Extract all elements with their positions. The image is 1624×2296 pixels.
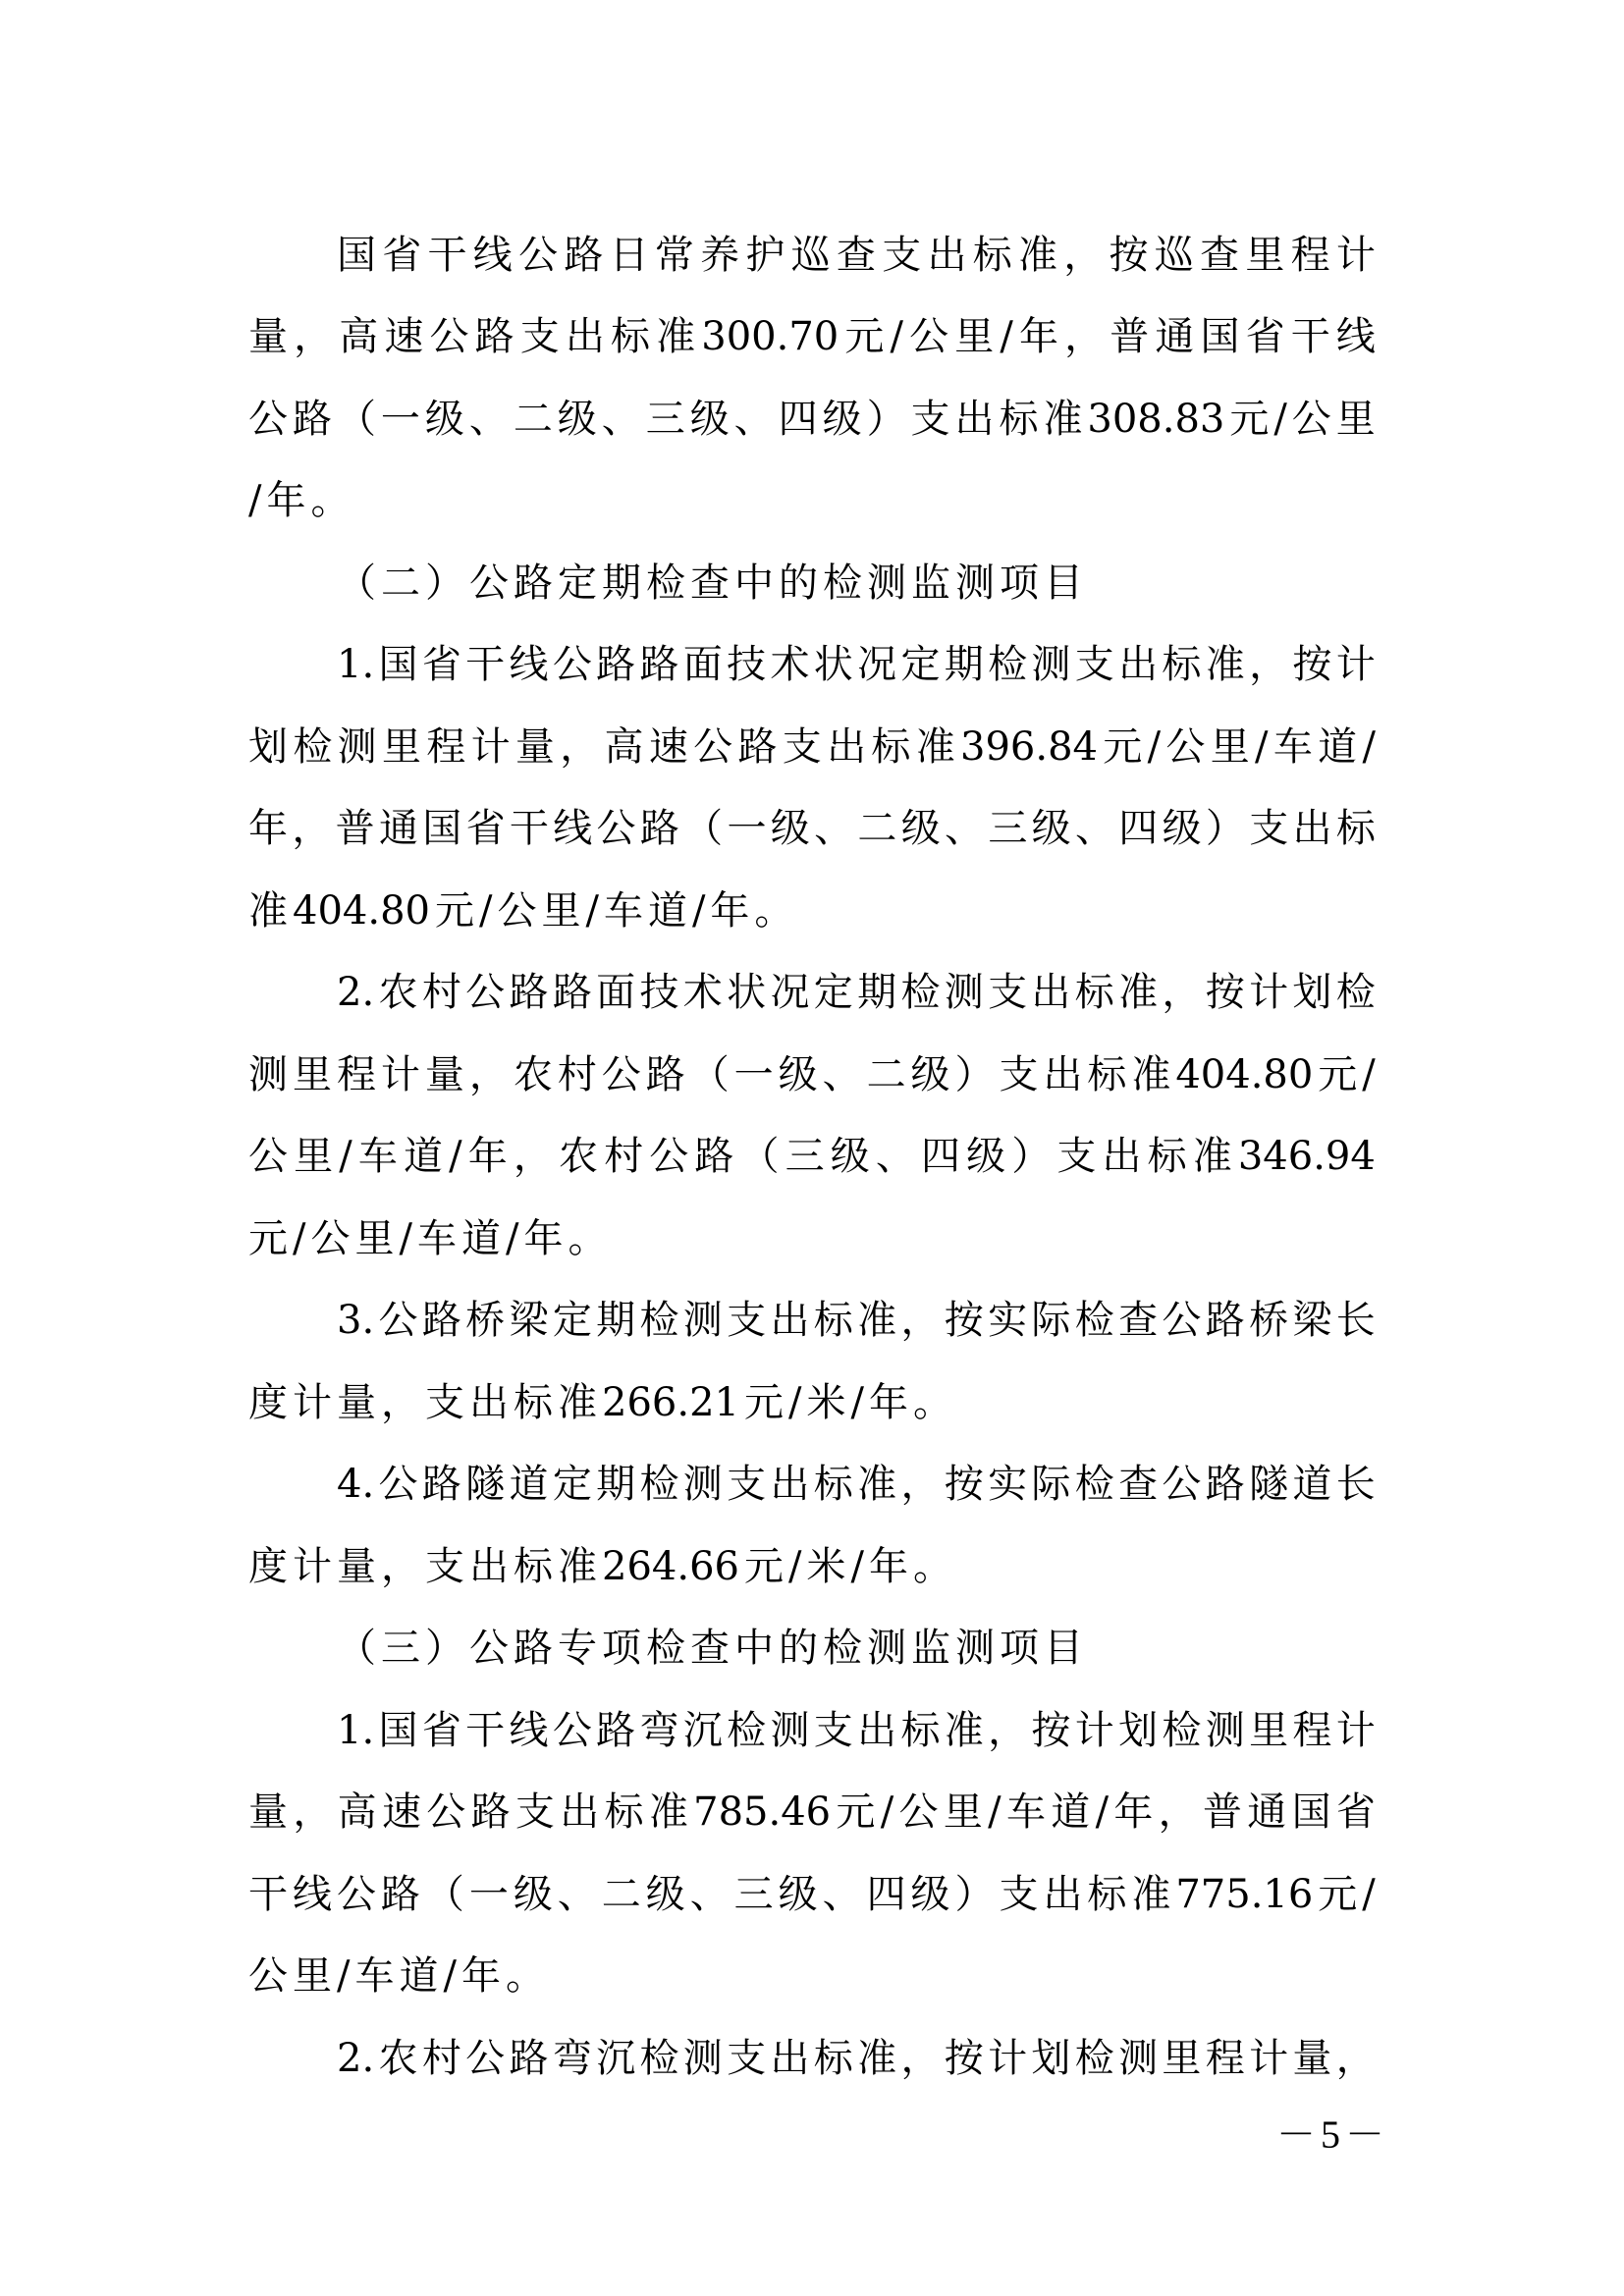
text-line: 准404.80元/公里/车道/年。 <box>248 870 1376 952</box>
text-line: 度计量，支出标准264.66元/米/年。 <box>248 1525 1376 1608</box>
text-line: 公里/车道/年，农村公路（三级、四级）支出标准346.94 <box>248 1116 1376 1199</box>
text-line: 1.国省干线公路弯沉检测支出标准，按计划检测里程计 <box>248 1689 1376 1772</box>
document-page: 国省干线公路日常养护巡查支出标准，按巡查里程计量，高速公路支出标准300.70元… <box>0 0 1624 2296</box>
document-body: 国省干线公路日常养护巡查支出标准，按巡查里程计量，高速公路支出标准300.70元… <box>248 214 1376 2100</box>
body-paragraph: 2.农村公路路面技术状况定期检测支出标准，按计划检测里程计量，农村公路（一级、二… <box>248 952 1376 1280</box>
text-line: 公里/车道/年。 <box>248 1936 1376 2018</box>
text-line: 量，高速公路支出标准300.70元/公里/年，普通国省干线 <box>248 296 1376 379</box>
body-paragraph: 3.公路桥梁定期检测支出标准，按实际检查公路桥梁长度计量，支出标准266.21元… <box>248 1280 1376 1444</box>
page-number-dash-right: － <box>1345 2110 1384 2160</box>
text-line: /年。 <box>248 460 1376 543</box>
section-heading: （三）公路专项检查中的检测监测项目 <box>248 1608 1376 1690</box>
text-line: 国省干线公路日常养护巡查支出标准，按巡查里程计 <box>248 214 1376 296</box>
page-number-value: 5 <box>1321 2110 1340 2160</box>
text-line: 4.公路隧道定期检测支出标准，按实际检查公路隧道长 <box>248 1444 1376 1526</box>
text-line: （二）公路定期检查中的检测监测项目 <box>248 542 1376 624</box>
text-line: 3.公路桥梁定期检测支出标准，按实际检查公路桥梁长 <box>248 1280 1376 1362</box>
section-heading: （二）公路定期检查中的检测监测项目 <box>248 542 1376 624</box>
text-line: 公路（一级、二级、三级、四级）支出标准308.83元/公里 <box>248 378 1376 460</box>
body-paragraph: 2.农村公路弯沉检测支出标准，按计划检测里程计量， <box>248 2017 1376 2100</box>
text-line: 1.国省干线公路路面技术状况定期检测支出标准，按计 <box>248 624 1376 707</box>
text-line: （三）公路专项检查中的检测监测项目 <box>248 1608 1376 1690</box>
text-line: 年，普通国省干线公路（一级、二级、三级、四级）支出标 <box>248 788 1376 871</box>
text-line: 划检测里程计量，高速公路支出标准396.84元/公里/车道/ <box>248 706 1376 788</box>
body-paragraph: 4.公路隧道定期检测支出标准，按实际检查公路隧道长度计量，支出标准264.66元… <box>248 1444 1376 1608</box>
body-paragraph: 1.国省干线公路路面技术状况定期检测支出标准，按计划检测里程计量，高速公路支出标… <box>248 624 1376 952</box>
body-paragraph: 国省干线公路日常养护巡查支出标准，按巡查里程计量，高速公路支出标准300.70元… <box>248 214 1376 542</box>
page-number: － 5 － <box>1276 2110 1384 2160</box>
text-line: 2.农村公路路面技术状况定期检测支出标准，按计划检 <box>248 952 1376 1035</box>
text-line: 干线公路（一级、二级、三级、四级）支出标准775.16元/ <box>248 1853 1376 1936</box>
page-number-dash-left: － <box>1276 2110 1316 2160</box>
text-line: 2.农村公路弯沉检测支出标准，按计划检测里程计量， <box>248 2017 1376 2100</box>
text-line: 量，高速公路支出标准785.46元/公里/车道/年，普通国省 <box>248 1772 1376 1854</box>
text-line: 测里程计量，农村公路（一级、二级）支出标准404.80元/ <box>248 1034 1376 1116</box>
text-line: 度计量，支出标准266.21元/米/年。 <box>248 1362 1376 1444</box>
text-line: 元/公里/车道/年。 <box>248 1198 1376 1280</box>
body-paragraph: 1.国省干线公路弯沉检测支出标准，按计划检测里程计量，高速公路支出标准785.4… <box>248 1689 1376 2017</box>
